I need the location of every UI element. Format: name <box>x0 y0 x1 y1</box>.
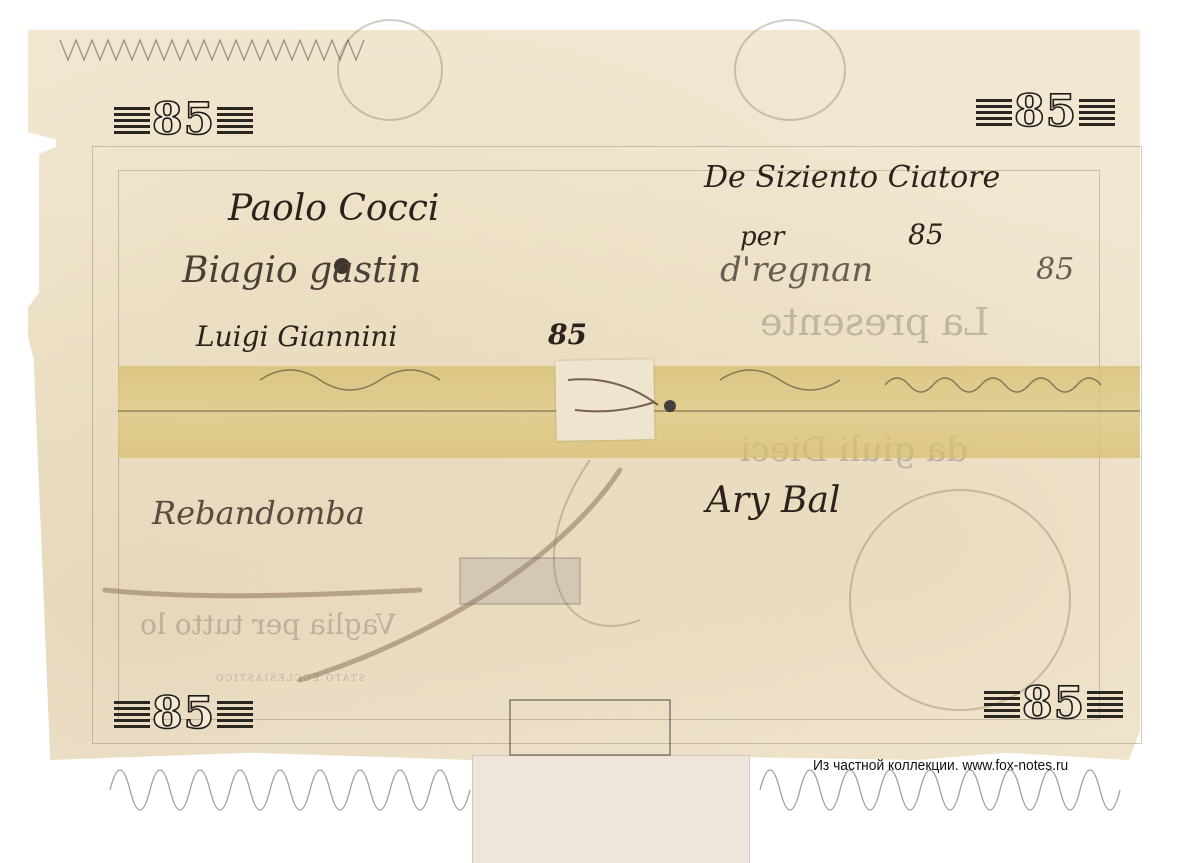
corner-numeral-bottom-right: 85 <box>984 684 1123 724</box>
handwritten-85-luigi: 85 <box>548 318 587 351</box>
handwritten-biagio: Biagio gastin <box>182 250 421 291</box>
handwritten-85-per: 85 <box>908 218 944 251</box>
bars-icon <box>1079 99 1115 126</box>
bars-icon <box>114 701 150 728</box>
handwritten-paolo-cocci: Paolo Cocci <box>228 188 439 229</box>
corner-numeral-top-left: 85 <box>114 100 253 140</box>
handwritten-luigi-giannini: Luigi Giannini <box>196 320 397 353</box>
corner-numeral-top-right: 85 <box>976 92 1115 132</box>
bars-icon <box>976 99 1012 126</box>
corner-numeral-bottom-left: 85 <box>114 694 253 734</box>
handwritten-dregnan: d'regnan <box>720 250 873 290</box>
collection-caption: Из частной коллекции. www.fox-notes.ru <box>813 757 1068 774</box>
handwritten-per: per <box>740 222 784 252</box>
bars-icon <box>984 691 1020 718</box>
handwritten-rebandomba: Rebandomba <box>152 494 365 532</box>
bars-icon <box>217 107 253 134</box>
bars-icon <box>114 107 150 134</box>
bars-icon <box>217 701 253 728</box>
handwritten-signature-right: Ary Bal <box>706 480 840 521</box>
handwritten-85-right: 85 <box>1036 252 1074 287</box>
bars-icon <box>1087 691 1123 718</box>
handwritten-de-siziento: De Siziento Ciatore <box>704 160 1000 195</box>
